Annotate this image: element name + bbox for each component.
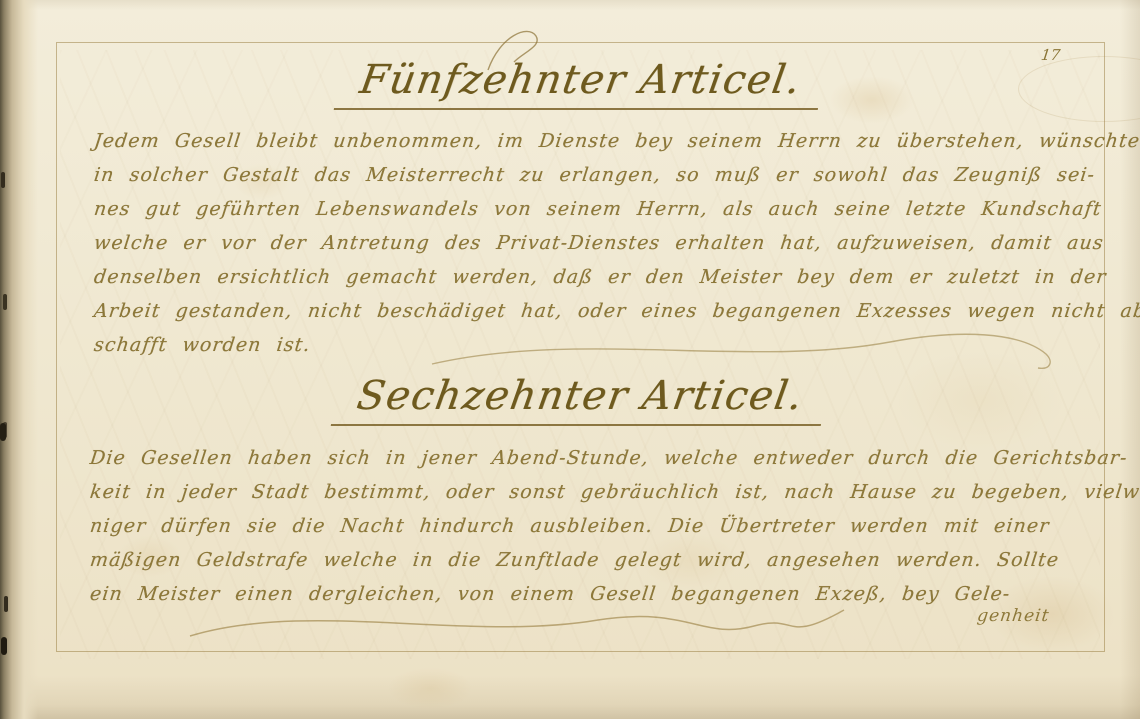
text-line: in solcher Gestalt das Meisterrecht zu e… bbox=[92, 158, 1108, 192]
text-line: denselben ersichtlich gemacht werden, da… bbox=[92, 260, 1108, 294]
text-line: schafft worden ist. bbox=[92, 328, 1108, 362]
text-line: keit in jeder Stadt bestimmt, oder sonst… bbox=[88, 475, 1106, 509]
manuscript-page: 17 Fünfzehnter Articel. Jedem Gesell ble… bbox=[0, 0, 1140, 719]
catchword: genheit bbox=[976, 606, 1051, 626]
text-line: Jedem Gesell bleibt unbenommen, im Diens… bbox=[92, 124, 1108, 158]
article-sixteen-heading: Sechzehnter Articel. bbox=[331, 372, 829, 426]
binding-ink-specks bbox=[1, 172, 5, 188]
article-fifteen-body: Jedem Gesell bleibt unbenommen, im Diens… bbox=[92, 124, 1104, 362]
article-sixteen-heading-row: Sechzehnter Articel. bbox=[57, 372, 1103, 426]
text-line: ein Meister einen dergleichen, von einem… bbox=[88, 577, 1106, 611]
text-line: niger dürfen sie die Nacht hindurch ausb… bbox=[88, 509, 1106, 543]
article-sixteen-body: Die Gesellen haben sich in jener Abend-S… bbox=[88, 441, 1102, 611]
text-line: mäßigen Geldstrafe welche in die Zunftla… bbox=[88, 543, 1106, 577]
text-line: Die Gesellen haben sich in jener Abend-S… bbox=[88, 441, 1106, 475]
article-fifteen-heading-row: Fünfzehnter Articel. bbox=[57, 56, 1103, 110]
text-line: nes gut geführten Lebenswandels von sein… bbox=[92, 192, 1108, 226]
text-line: Arbeit gestanden, nicht beschädiget hat,… bbox=[92, 294, 1108, 328]
book-binding-edge bbox=[0, 0, 40, 719]
text-line: welche er vor der Antretung des Privat-D… bbox=[92, 226, 1108, 260]
article-fifteen-heading: Fünfzehnter Articel. bbox=[334, 56, 827, 110]
